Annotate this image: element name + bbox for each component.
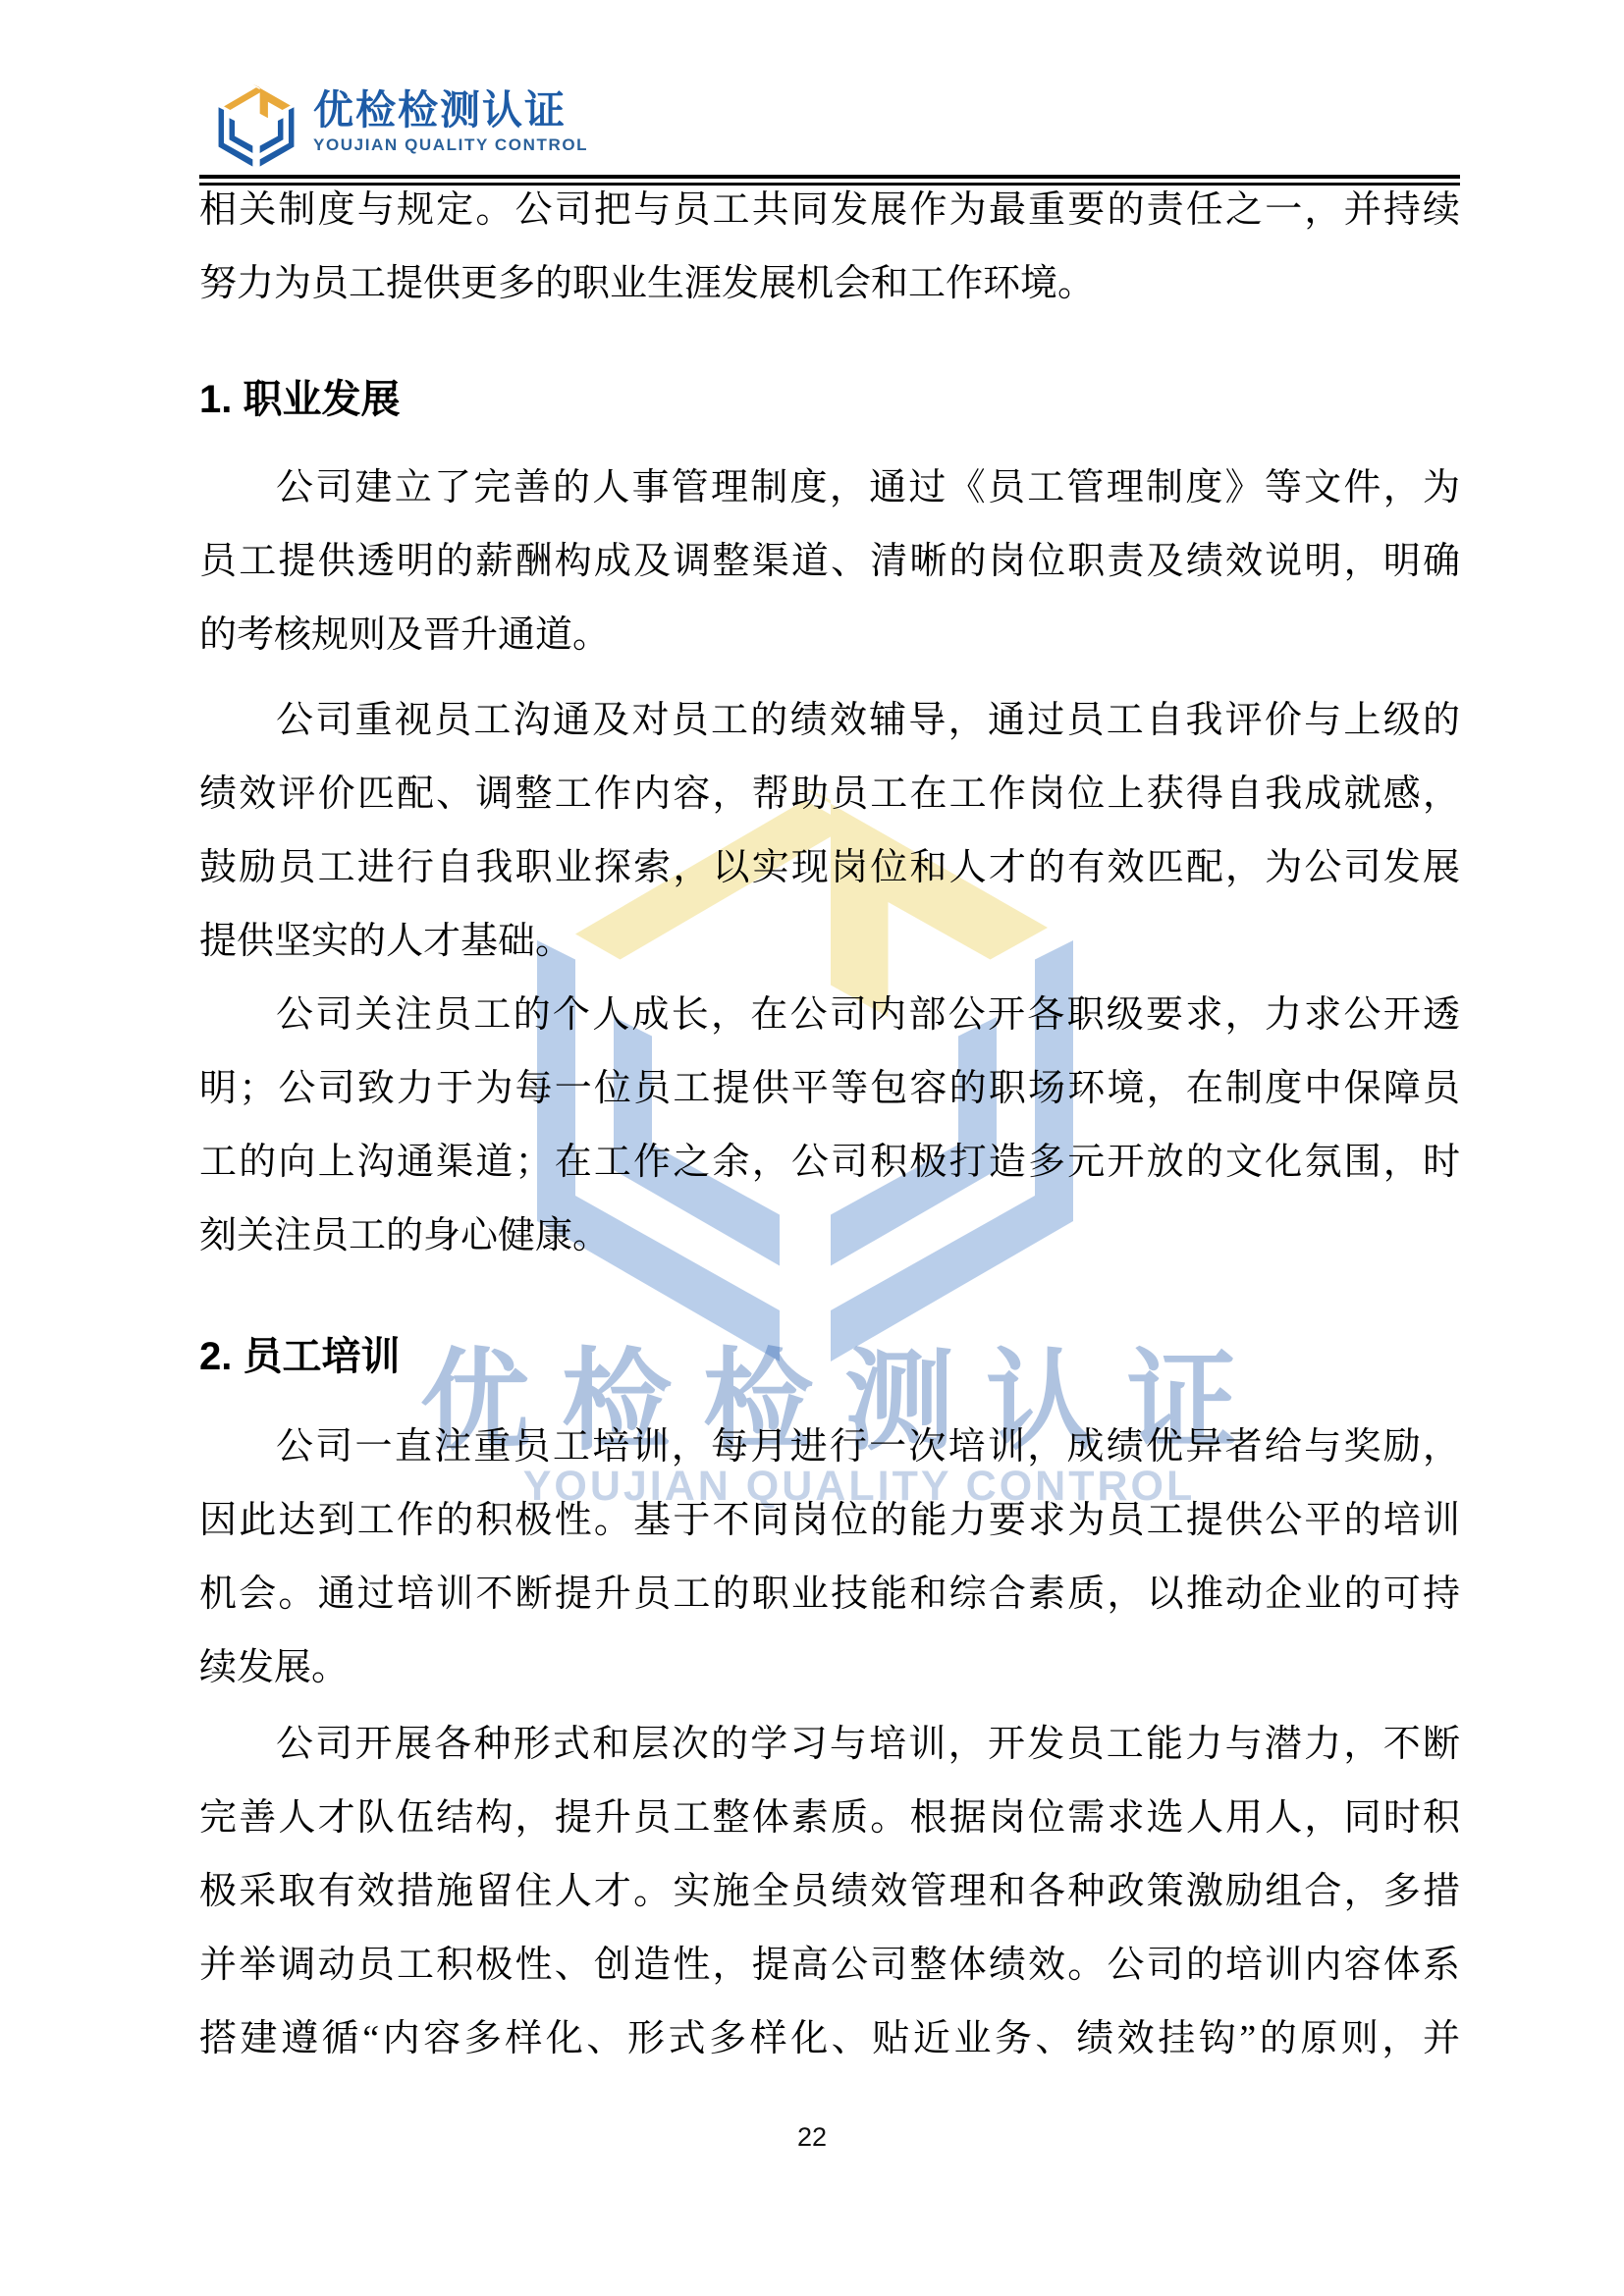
text-line: 因此达到工作的积极性。基于不同岗位的能力要求为员工提供公平的培训 [199, 1484, 1460, 1558]
text-line: 机会。通过培训不断提升员工的职业技能和综合素质，以推动企业的可持 [199, 1558, 1460, 1631]
text-line: 相关制度与规定。公司把与员工共同发展作为最重要的责任之一，并持续 [199, 174, 1460, 247]
company-logo: 优检检测认证 YOUJIAN QUALITY CONTROL [211, 79, 588, 174]
text-line: 完善人才队伍结构，提升员工整体素质。根据岗位需求选人用人，同时积 [199, 1782, 1460, 1855]
text-line: 刻关注员工的身心健康。 [199, 1200, 1460, 1273]
paragraph: 公司重视员工沟通及对员工的绩效辅导，通过员工自我评价与上级的 绩效评价匹配、调整… [199, 684, 1460, 979]
text-line: 公司建立了完善的人事管理制度，通过《员工管理制度》等文件，为 [199, 452, 1460, 525]
text-line: 员工提供透明的薪酬构成及调整渠道、清晰的岗位职责及绩效说明，明确 [199, 525, 1460, 599]
text-line: 搭建遵循“内容多样化、形式多样化、贴近业务、绩效挂钩”的原则，并 [199, 2002, 1460, 2076]
text-line: 的考核规则及晋升通道。 [199, 599, 1460, 672]
text-line: 提供坚实的人才基础。 [199, 905, 1460, 979]
paragraph: 公司开展各种形式和层次的学习与培训，开发员工能力与潜力，不断 完善人才队伍结构，… [199, 1708, 1460, 2076]
text-line: 极采取有效措施留住人才。实施全员绩效管理和各种政策激励组合，多措 [199, 1855, 1460, 1929]
page-number: 22 [0, 2122, 1624, 2153]
paragraph: 公司建立了完善的人事管理制度，通过《员工管理制度》等文件，为 员工提供透明的薪酬… [199, 452, 1460, 672]
text-line: 鼓励员工进行自我职业探索，以实现岗位和人才的有效匹配，为公司发展 [199, 831, 1460, 905]
text-line: 公司关注员工的个人成长，在公司内部公开各职级要求，力求公开透 [199, 979, 1460, 1052]
text-line: 并举调动员工积极性、创造性，提高公司整体绩效。公司的培训内容体系 [199, 1929, 1460, 2002]
paragraph: 公司一直注重员工培训，每月进行一次培训，成绩优异者给与奖励， 因此达到工作的积极… [199, 1411, 1460, 1705]
text-line: 公司重视员工沟通及对员工的绩效辅导，通过员工自我评价与上级的 [199, 684, 1460, 758]
text-line: 续发展。 [199, 1631, 1460, 1705]
logo-title-cn: 优检检测认证 [313, 88, 588, 133]
text-line: 工的向上沟通渠道；在工作之余，公司积极打造多元开放的文化氛围，时 [199, 1126, 1460, 1200]
text-line: 绩效评价匹配、调整工作内容，帮助员工在工作岗位上获得自我成就感， [199, 758, 1460, 831]
text-line: 努力为员工提供更多的职业生涯发展机会和工作环境。 [199, 247, 1460, 321]
text-line: 公司开展各种形式和层次的学习与培训，开发员工能力与潜力，不断 [199, 1708, 1460, 1782]
logo-text: 优检检测认证 YOUJIAN QUALITY CONTROL [313, 79, 588, 155]
section-heading-career: 1. 职业发展 [199, 363, 1460, 437]
section-heading-training: 2. 员工培训 [199, 1320, 1460, 1394]
text-line: 公司一直注重员工培训，每月进行一次培训，成绩优异者给与奖励， [199, 1411, 1460, 1484]
logo-title-en: YOUJIAN QUALITY CONTROL [313, 135, 588, 155]
text-line: 明；公司致力于为每一位员工提供平等包容的职场环境，在制度中保障员 [199, 1052, 1460, 1126]
paragraph: 公司关注员工的个人成长，在公司内部公开各职级要求，力求公开透 明；公司致力于为每… [199, 979, 1460, 1273]
intro-paragraph: 相关制度与规定。公司把与员工共同发展作为最重要的责任之一，并持续 努力为员工提供… [199, 174, 1460, 321]
logo-cube-icon [211, 79, 301, 174]
document-page: 优检检测认证 YOUJIAN QUALITY CONTROL 优检检测认证 YO… [0, 0, 1624, 2296]
